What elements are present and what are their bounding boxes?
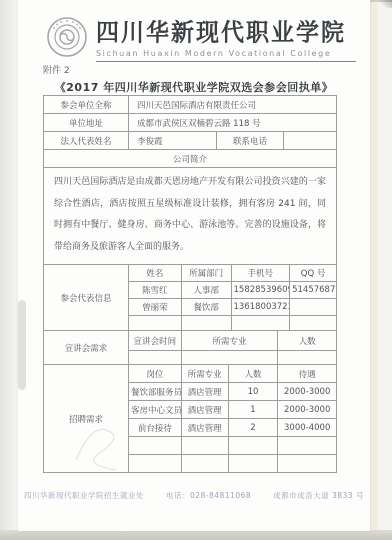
document-page: 四川华新现代职业学院 Sichuan Huaxin Modern Vocatio…: [18, 0, 370, 531]
unit-address-label: 单位地址: [44, 114, 129, 132]
table-row: 四川天邑国际酒店是由成都天恩房地产开发有限公司投资兴建的一家综合性酒店，酒店按照…: [44, 168, 337, 265]
unit-address-value: 成都市武侯区双楠碧云路 118 号: [128, 114, 336, 132]
salary: 3000-4000: [278, 419, 337, 437]
presentation-time: [128, 351, 181, 365]
delegate-department: [181, 316, 231, 331]
page-footer: 四川华新现代职业学院招生就业处 电话：028-84811068 成都市成洛大道 …: [18, 490, 370, 501]
contact-phone-label: 联系电话: [216, 132, 283, 150]
contact-phone-value: [284, 132, 337, 150]
delegate-department: 餐饮部: [181, 299, 231, 316]
table-row: 招聘需求 岗位 所需专业 人数 待遇: [44, 365, 337, 383]
delegate-qq: 514576877: [290, 282, 337, 299]
column-header: 手机号: [231, 265, 290, 282]
college-seal-icon: [46, 16, 88, 58]
reply-form-table: 参会单位全称 四川天邑国际酒店有限责任公司 单位地址 成都市武侯区双楠碧云路 1…: [43, 95, 337, 473]
major: 酒店管理: [181, 383, 228, 401]
table-row: 单位地址 成都市武侯区双楠碧云路 118 号: [44, 114, 337, 132]
major: 酒店管理: [181, 419, 228, 437]
column-header: 所需专业: [181, 331, 278, 351]
delegate-name: 陈雪红: [128, 282, 181, 299]
position: 客房中心文员: [128, 401, 181, 419]
delegate-qq: [290, 316, 337, 331]
presentation-major: [181, 351, 278, 365]
salary: [278, 437, 337, 455]
position: 餐饮部服务员: [128, 383, 181, 401]
delegate-qq: [290, 299, 337, 316]
scan-edge-left: [0, 0, 16, 540]
salary: 2000-3000: [278, 401, 337, 419]
college-name-en: Sichuan Huaxin Modern Vocational College: [96, 49, 356, 58]
presentation-label: 宣讲会需求: [44, 331, 129, 365]
salary: [278, 455, 337, 473]
legal-rep-label: 法人代表姓名: [44, 132, 129, 150]
major: [181, 437, 228, 455]
presentation-count: [278, 351, 337, 365]
headcount: 1: [228, 401, 278, 419]
major: [181, 455, 228, 473]
scan-corner-artifact: [378, 0, 392, 8]
letterhead: 四川华新现代职业学院 Sichuan Huaxin Modern Vocatio…: [46, 14, 356, 62]
column-header: 人数: [228, 365, 278, 383]
pencil-scribble-artifact: [66, 420, 136, 475]
delegate-mobile: 15828539609: [231, 282, 290, 299]
presentation-section: 宣讲会需求 宣讲会时间 所需专业 人数: [43, 330, 337, 365]
table-row: 宣讲会需求 宣讲会时间 所需专业 人数: [44, 331, 337, 351]
company-profile-text: 四川天邑国际酒店是由成都天恩房地产开发有限公司投资兴建的一家综合性酒店，酒店按照…: [44, 168, 337, 265]
college-name-cn: 四川华新现代职业学院: [96, 13, 356, 48]
major: 酒店管理: [181, 401, 228, 419]
column-header: QQ 号: [290, 265, 337, 282]
column-header: 待遇: [278, 365, 337, 383]
attachment-label: 附件 2: [43, 63, 70, 76]
salary: 2000-3000: [278, 383, 337, 401]
table-row: 公司简介: [44, 150, 337, 168]
letterhead-titles: 四川华新现代职业学院 Sichuan Huaxin Modern Vocatio…: [96, 14, 356, 62]
delegates-label: 参会代表信息: [44, 265, 129, 331]
delegate-name: [128, 316, 181, 331]
headcount: 2: [228, 419, 278, 437]
footer-phone: 电话：028-84811068: [166, 490, 251, 501]
position: [128, 455, 181, 473]
position: [128, 437, 181, 455]
column-header: 所需专业: [181, 365, 228, 383]
delegate-mobile: [231, 316, 290, 331]
column-header: 岗位: [128, 365, 181, 383]
form-title: 《2017 年四川华新现代职业学院双选会参会回执单》: [18, 79, 370, 95]
headcount: [228, 455, 278, 473]
table-row: 参会单位全称 四川天邑国际酒店有限责任公司: [44, 96, 337, 114]
headcount: [228, 437, 278, 455]
delegate-mobile: 13618003723: [231, 299, 290, 316]
table-row: 法人代表姓名 李俊霞 联系电话: [44, 132, 337, 150]
position: 前台接待: [128, 419, 181, 437]
headcount: 10: [228, 383, 278, 401]
unit-name-label: 参会单位全称: [44, 96, 129, 114]
column-header: 人数: [278, 331, 337, 351]
footer-department: 四川华新现代职业学院招生就业处: [24, 490, 144, 501]
column-header: 宣讲会时间: [128, 331, 181, 351]
delegates-section: 参会代表信息 姓名 所属部门 手机号 QQ 号 陈雪红 人事部 15828539…: [43, 264, 337, 331]
unit-name-value: 四川天邑国际酒店有限责任公司: [128, 96, 336, 114]
column-header: 所属部门: [181, 265, 231, 282]
scan-edge-bottom: [0, 530, 392, 540]
delegate-name: 曾丽荣: [128, 299, 181, 316]
unit-info-section: 参会单位全称 四川天邑国际酒店有限责任公司 单位地址 成都市武侯区双楠碧云路 1…: [43, 95, 337, 265]
company-profile-header: 公司简介: [44, 150, 337, 168]
scan-smudge-artifact: [18, 300, 26, 390]
delegate-department: 人事部: [181, 282, 231, 299]
footer-address: 成都市成洛大道 3833 号: [273, 490, 364, 501]
table-row: 参会代表信息 姓名 所属部门 手机号 QQ 号: [44, 265, 337, 282]
column-header: 姓名: [128, 265, 181, 282]
legal-rep-value: 李俊霞: [128, 132, 216, 150]
